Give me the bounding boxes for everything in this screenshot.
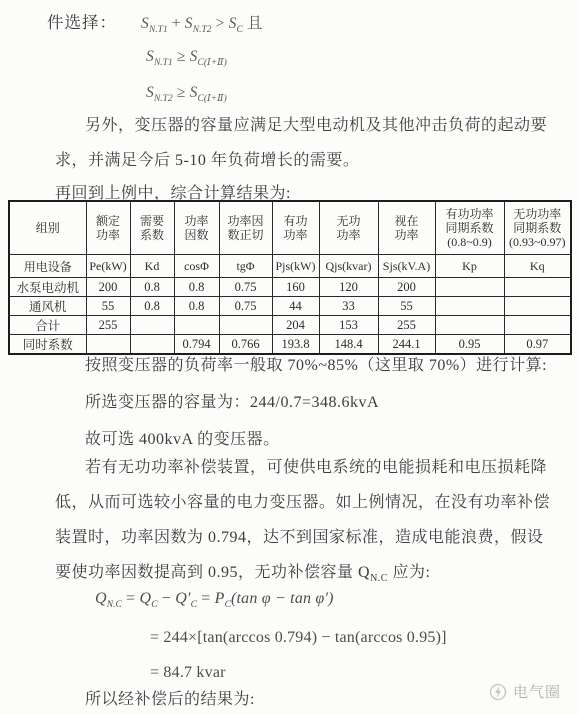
table-cell: 同时系数 [9,335,86,355]
header-cos-phi: cosΦ [174,255,219,278]
header-reactive-coincidence-factor: 无功功率 同期系数 (0.93~0.97) [504,201,571,255]
watermark: 电气圈 [488,681,561,702]
table-cell: 153 [319,316,378,335]
header-tg-phi: tgΦ [219,255,272,278]
table-cell: 200 [378,278,435,297]
table-cell: 通风机 [9,297,86,316]
table-cell: 0.75 [219,297,272,316]
header-equipment: 用电设备 [9,255,86,278]
table-cell: 204 [272,316,319,335]
condition-select-row: 件选择：SN.T1 + SN.T2 > SC 且 [47,9,263,35]
header-pe-kw: Pe(kW) [86,255,130,278]
header-active-power: 有功 功率 [272,201,319,255]
header-kq: Kq [504,255,571,278]
formula-sum-condition: SN.T1 + SN.T2 > SC 且 [141,15,263,32]
condition-label: 件选择： [47,13,117,32]
table-row-pump-motor: 水泵电动机 200 0.8 0.8 0.75 160 120 200 [9,278,571,297]
table-cell: 55 [378,297,435,316]
paragraph-compensation-line4: 要使功率因数提高到 0.95，无功补偿容量 QN.C 应为: [55,559,430,584]
table-cell: 0.8 [130,278,174,297]
table-header-row-2: 用电设备 Pe(kW) Kd cosΦ tgΦ Pjs(kW) Qjs(kvar… [9,255,571,278]
header-active-coincidence-factor: 有功功率 同期系数 (0.8~0.9) [435,201,504,255]
line-choose-400kva: 故可选 400kvA 的变压器。 [85,426,280,449]
header-apparent-power: 视在 功率 [378,201,435,255]
table-cell [504,316,571,335]
table-cell [435,297,504,316]
header-demand-factor: 需要 系数 [130,201,174,255]
line-after-compensation: 所以经补偿后的结果为: [85,686,255,709]
table-cell: 0.8 [174,278,219,297]
formula-t2-condition: SN.T2 ≥ SC(Ⅰ+Ⅱ) [146,84,227,104]
table-cell: 合计 [9,316,86,335]
watermark-label: 电气圈 [513,681,561,702]
table-row-total: 合计 255 204 153 255 [9,316,571,335]
table-cell [219,316,272,335]
paragraph-compensation-line2: 低，从而可选较小容量的电力变压器。如上例情况，在没有功率补偿 [55,489,550,512]
table-cell: 33 [319,297,378,316]
electric-circle-logo-icon [488,682,508,702]
header-group: 组别 [9,201,86,255]
header-kp: Kp [435,255,504,278]
header-power-factor: 功率 因数 [174,201,219,255]
table-cell: 0.8 [174,297,219,316]
table-cell: 44 [272,297,319,316]
table-header-row-1: 组别 额定 功率 需要 系数 功率 因数 功率因 数正切 有功 功率 无功 功率… [9,201,571,255]
table-cell: 255 [378,316,435,335]
header-pjs-kw: Pjs(kW) [272,255,319,278]
table-cell: 200 [86,278,130,297]
header-kd: Kd [130,255,174,278]
header-sjs-kva: Sjs(kV.A) [378,255,435,278]
table-cell: 0.75 [219,278,272,297]
header-reactive-power: 无功 功率 [319,201,378,255]
paragraph-motor-start-line1: 另外，变压器的容量应满足大型电动机及其他冲击负荷的起动要 [85,112,547,135]
table-cell [130,316,174,335]
header-power-factor-tangent: 功率因 数正切 [219,201,272,255]
table-cell: 55 [86,297,130,316]
formula-qnc-result: = 84.7 kvar [150,664,226,682]
paragraph-motor-start-line2: 求，并满足今后 5-10 年负荷增长的需要。 [55,147,359,170]
header-qjs-kvar: Qjs(kvar) [319,255,378,278]
table-cell [504,297,571,316]
table-cell [435,316,504,335]
formula-qnc-numeric: = 244×[tan(arccos 0.794) − tan(arccos 0.… [150,629,447,647]
line-selected-capacity: 所选变压器的容量为：244/0.7=348.6kvA [85,389,379,412]
paragraph-compensation-line1: 若有无功功率补偿装置，可使供电系统的电能损耗和电压损耗降 [85,454,547,477]
header-rated-power: 额定 功率 [86,201,130,255]
table-cell [504,278,571,297]
load-calculation-table: 组别 额定 功率 需要 系数 功率 因数 功率因 数正切 有功 功率 无功 功率… [8,200,572,355]
line-load-rate: 按照变压器的负荷率一般取 70%~85%（这里取 70%）进行计算: [85,352,547,375]
table-cell [174,316,219,335]
table-cell: 0.8 [130,297,174,316]
table-cell: 255 [86,316,130,335]
table-cell: 160 [272,278,319,297]
table-cell [435,278,504,297]
table-row-ventilator: 通风机 55 0.8 0.8 0.75 44 33 55 [9,297,571,316]
table-cell: 水泵电动机 [9,278,86,297]
formula-t1-condition: SN.T1 ≥ SC(Ⅰ+Ⅱ) [146,48,227,68]
table-cell: 120 [319,278,378,297]
paragraph-compensation-line3: 装置时，功率因数为 0.794，达不到国家标准，造成电能浪费，假设 [55,524,544,547]
formula-qnc-definition: QN.C = QC − Q′C = PC(tan φ − tan φ′) [95,590,334,610]
